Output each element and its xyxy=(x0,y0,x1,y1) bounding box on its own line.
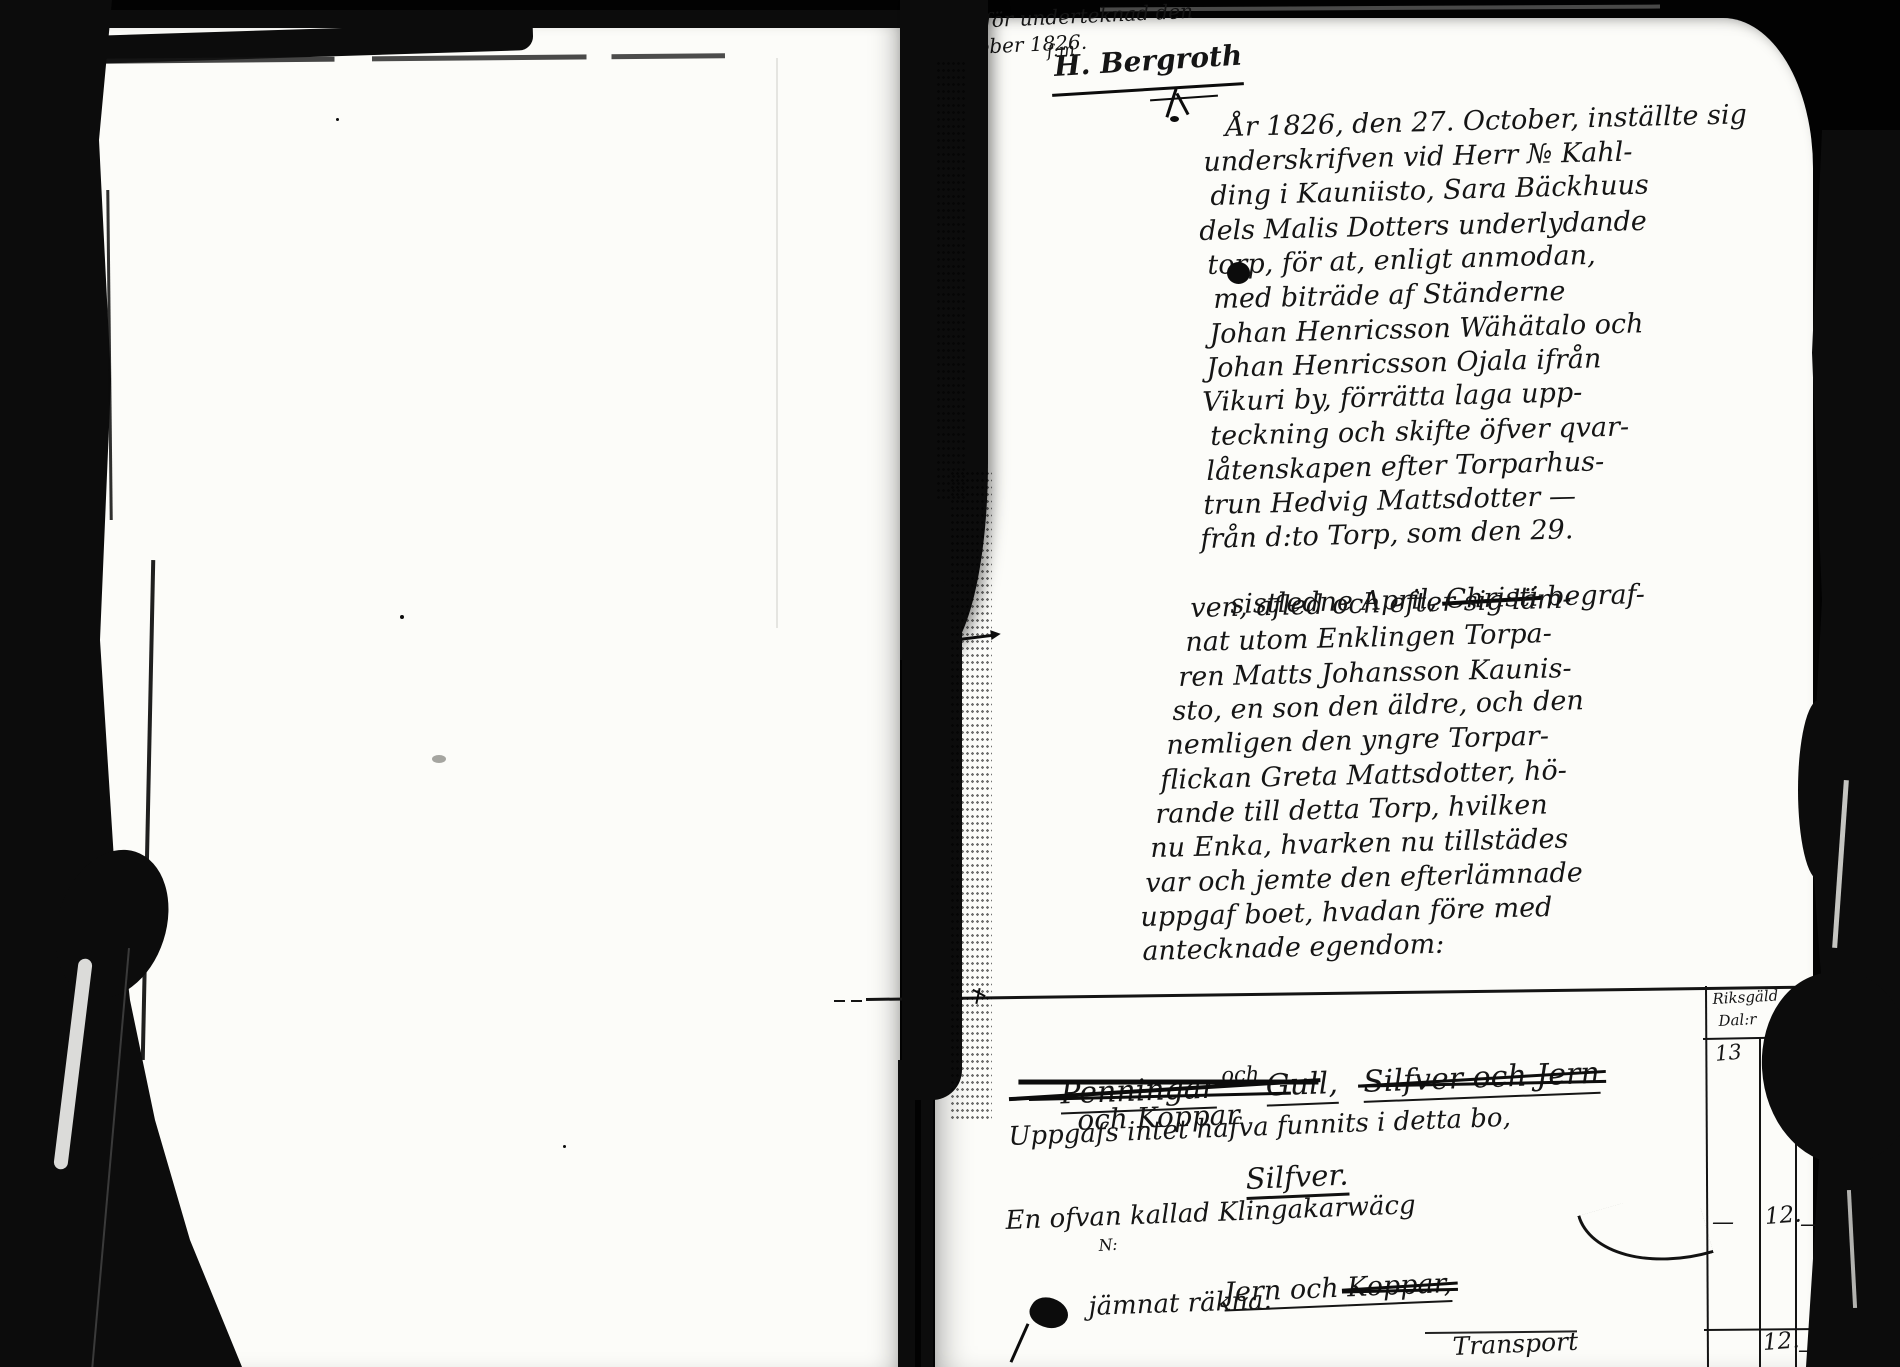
money-header-line2: Dal:r xyxy=(1718,1010,1757,1030)
speck xyxy=(400,615,404,619)
left-page xyxy=(55,16,900,1367)
section-rule-dashes xyxy=(834,1000,862,1002)
amount-cell: 12. xyxy=(1762,1327,1800,1355)
scanned-document: uppvist för underteknad den 28. October … xyxy=(0,0,1900,1367)
money-header-line1: Riksgäld xyxy=(1712,987,1779,1008)
iron-title-struck: Koppar, xyxy=(1347,1268,1453,1306)
amount-dash: — xyxy=(1712,1210,1734,1235)
gutter-line-lower-1 xyxy=(898,1060,915,1367)
iron-margin-mark: N: xyxy=(1098,1235,1118,1255)
gutter-speckle-upper xyxy=(936,60,966,500)
ink-blot xyxy=(1227,262,1250,284)
money-col-line-b xyxy=(1759,1038,1761,1367)
speck-smudge xyxy=(432,755,446,763)
iron-item-line: jämnat räkna. xyxy=(1088,1286,1272,1322)
gutter-line-lower-2 xyxy=(921,1060,933,1367)
gutter-speckle xyxy=(950,470,992,1120)
speck xyxy=(336,118,339,121)
crossed-out-line: och Koppar xyxy=(1040,1065,1245,1270)
speck xyxy=(563,1145,566,1148)
transport-label: Transport xyxy=(1452,1327,1579,1361)
heading-gull: Gull, xyxy=(1265,1066,1338,1107)
amount-cell: 13 xyxy=(1714,1040,1743,1066)
heading-struck-tail: Silfver och Jern xyxy=(1363,1056,1601,1103)
left-page-crease xyxy=(776,58,778,628)
scan-border-right-bump xyxy=(1798,700,1840,880)
amount-cell: 12. xyxy=(1764,1201,1802,1229)
signature-paraph-dot xyxy=(1170,116,1179,122)
